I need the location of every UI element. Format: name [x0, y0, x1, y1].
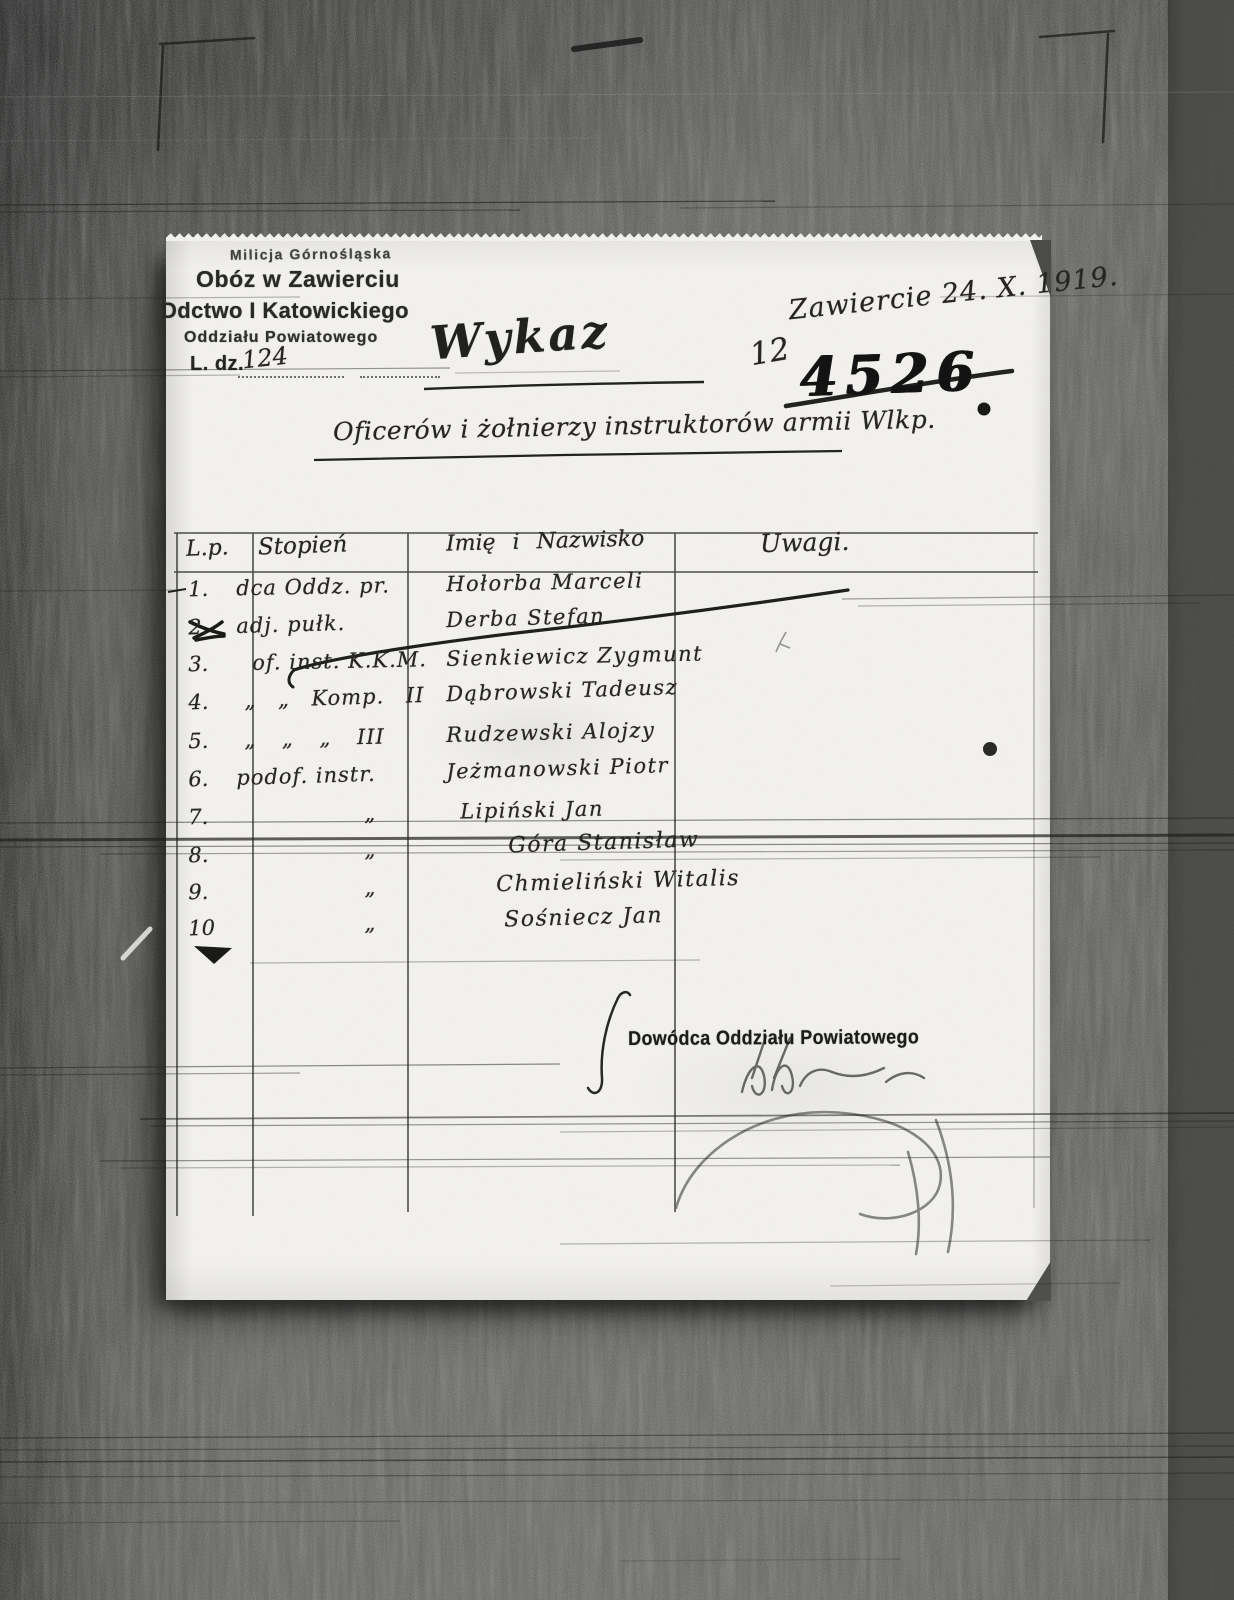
- row-rank: adj. pułk.: [236, 609, 409, 638]
- row-rank: of. inst. K.K.M.: [252, 647, 424, 675]
- row-number: 10: [188, 915, 241, 940]
- row-number: 3.: [188, 651, 240, 676]
- commander-stamp: Dowódca Oddziału Powiatowego: [628, 1026, 919, 1051]
- row-rank: podof. instr.: [236, 761, 409, 790]
- row-rank: „: [236, 801, 408, 829]
- roster-table: 1. dca Oddz. pr. Hołorba Marceli 2. adj.…: [0, 0, 1234, 1600]
- row-number: 8.: [188, 842, 241, 868]
- row-number: 5.: [188, 728, 241, 753]
- row-rank: „: [236, 836, 409, 865]
- row-number: 9.: [188, 879, 241, 904]
- row-number: 2.: [188, 614, 241, 639]
- row-rank: „ „ Komp. II: [244, 683, 417, 712]
- row-number: 6.: [188, 766, 241, 792]
- row-rank: „: [236, 910, 409, 939]
- row-rank: „ „ „ III: [244, 724, 417, 752]
- row-rank: dca Oddz. pr.: [236, 573, 408, 600]
- row-number: 1.: [188, 576, 240, 601]
- row-rank: „: [236, 875, 409, 903]
- row-name: Hołorba Marceli: [446, 565, 806, 596]
- scanned-document-photo: Milicja Górnośląska Obóz w Zawierciu Ddc…: [0, 0, 1234, 1600]
- row-number: 4.: [188, 689, 241, 715]
- row-number: 7.: [188, 804, 240, 829]
